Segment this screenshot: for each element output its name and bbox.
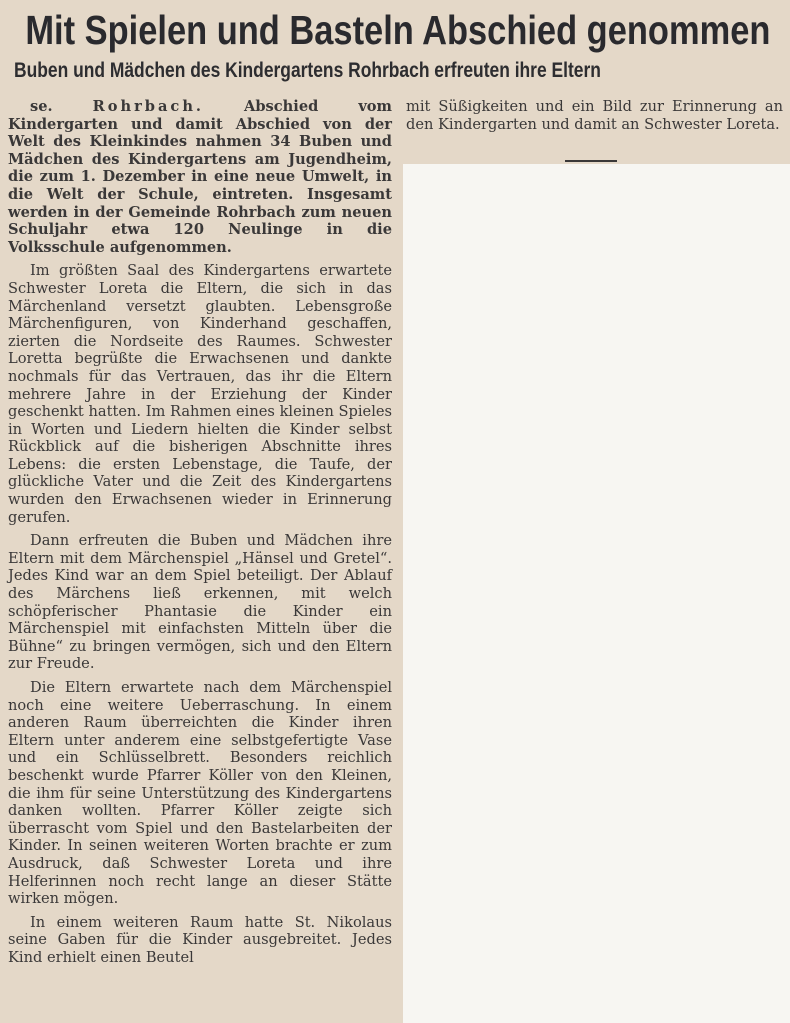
article-column-right: mit Süßigkeiten und ein Bild zur Erinner…	[406, 98, 783, 133]
dateline: Rohrbach.	[93, 98, 204, 115]
body-paragraph: Die Eltern erwartete nach dem Märchenspi…	[8, 679, 392, 908]
body-paragraph: In einem weiteren Raum hatte St. Nikolau…	[8, 914, 392, 967]
body-paragraph: Im größten Saal des Kindergartens erwart…	[8, 262, 392, 526]
body-paragraph: Dann erfreuten die Buben und Mädchen ihr…	[8, 532, 392, 673]
article-column-left: se. Rohrbach. Abschied vom Kindergarten …	[8, 98, 392, 967]
lead-text: Abschied vom Kindergarten und damit Absc…	[8, 98, 392, 256]
blank-paper-area	[403, 164, 790, 1023]
headline: Mit Spielen und Basteln Abschied genomme…	[14, 6, 782, 54]
end-rule-divider	[565, 160, 617, 162]
lead-paragraph: se. Rohrbach. Abschied vom Kindergarten …	[8, 98, 392, 256]
byline-prefix: se.	[30, 98, 53, 115]
subheadline: Buben und Mädchen des Kindergartens Rohr…	[14, 58, 601, 84]
continuation-paragraph: mit Süßigkeiten und ein Bild zur Erinner…	[406, 98, 783, 133]
